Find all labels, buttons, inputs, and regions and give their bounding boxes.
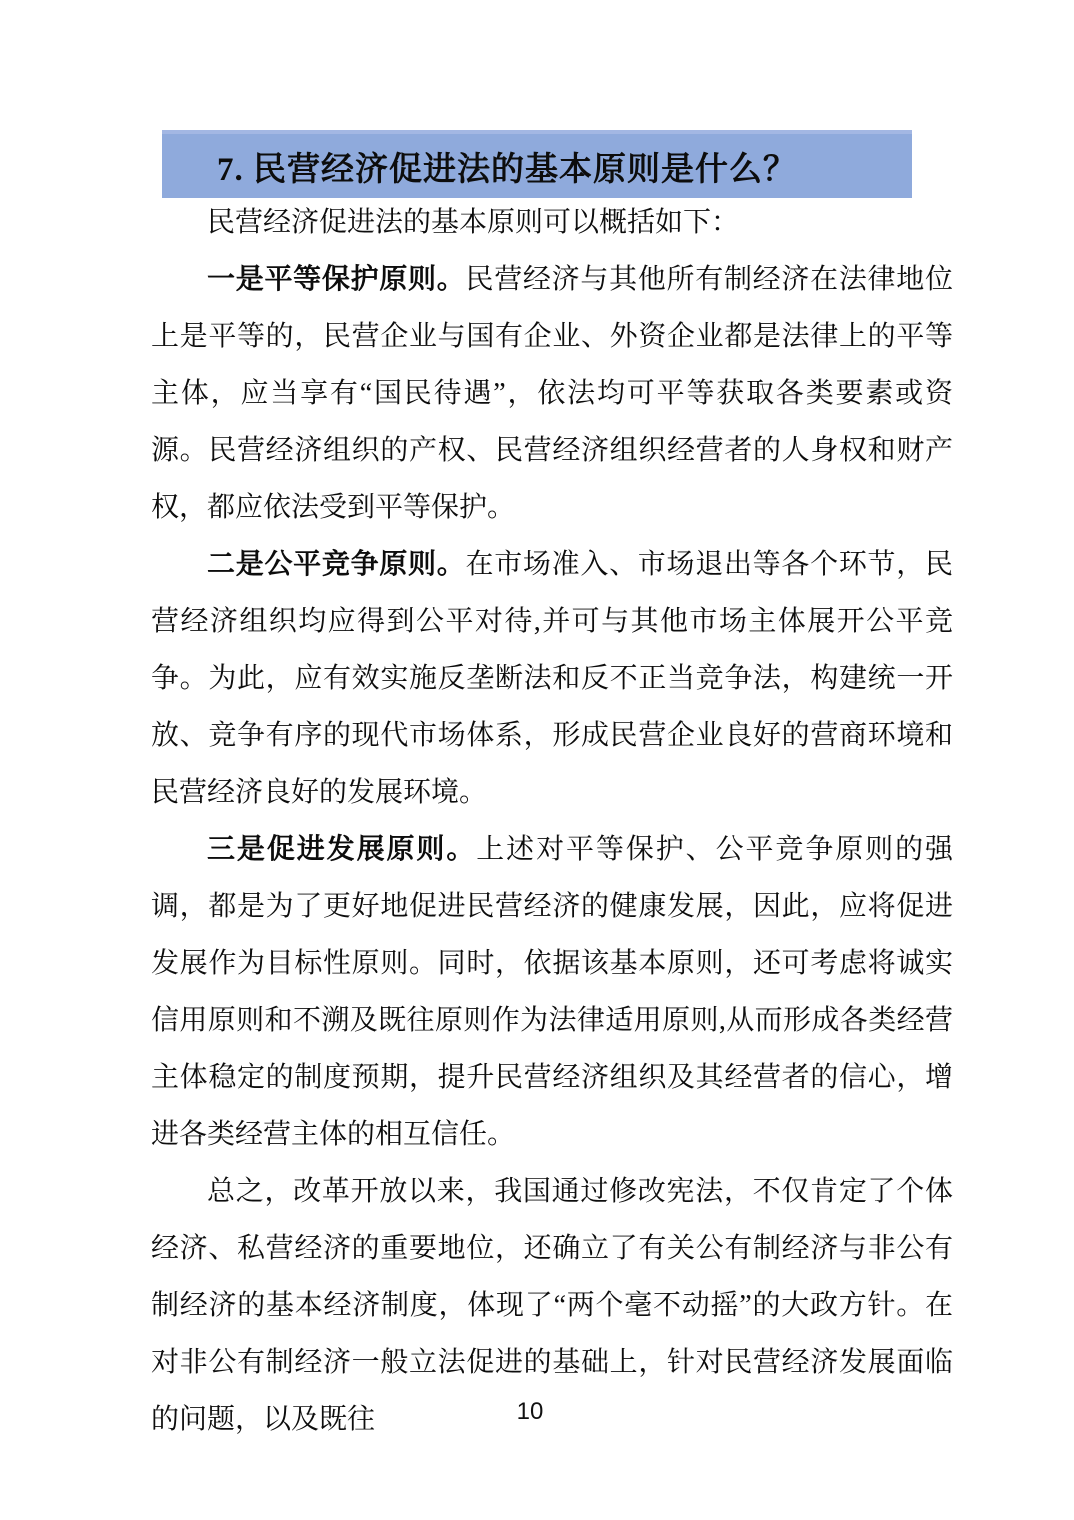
document-page: 7. 民营经济促进法的基本原则是什么？ 民营经济促进法的基本原则可以概括如下：一… [0,0,1074,1520]
body-paragraph: 三是促进发展原则。上述对平等保护、公平竞争原则的强调，都是为了更好地促进民营经济… [151,821,953,1163]
paragraph-text-run: 民营经济与其他所有制经济在法律地位上是平等的，民营企业与国有企业、外资企业都是法… [151,264,953,523]
body-paragraph: 民营经济促进法的基本原则可以概括如下： [151,194,953,251]
body-paragraph: 一是平等保护原则。民营经济与其他所有制经济在法律地位上是平等的，民营企业与国有企… [151,251,953,536]
paragraph-text-run: 在市场准入、市场退出等各个环节，民营经济组织均应得到公平对待,并可与其他市场主体… [151,549,953,808]
body-paragraph: 二是公平竞争原则。在市场准入、市场退出等各个环节，民营经济组织均应得到公平对待,… [151,536,953,821]
paragraph-lead-bold-run: 一是平等保护原则。 [207,264,465,295]
paragraph-text-run: 民营经济促进法的基本原则可以概括如下： [207,207,739,238]
paragraph-lead-bold-run: 三是促进发展原则。 [207,834,476,865]
paragraph-text-run: 上述对平等保护、公平竞争原则的强调，都是为了更好地促进民营经济的健康发展，因此，… [151,834,953,1150]
section-heading-title: 7. 民营经济促进法的基本原则是什么？ [162,143,797,190]
section-heading-bar: 7. 民营经济促进法的基本原则是什么？ [162,130,912,198]
paragraph-lead-bold-run: 二是公平竞争原则。 [207,549,465,580]
document-body: 民营经济促进法的基本原则可以概括如下：一是平等保护原则。民营经济与其他所有制经济… [151,194,953,1448]
paragraph-text-run: 总之，改革开放以来，我国通过修改宪法，不仅肯定了个体经济、私营经济的重要地位，还… [151,1176,953,1435]
page-number: 10 [0,1398,1060,1426]
